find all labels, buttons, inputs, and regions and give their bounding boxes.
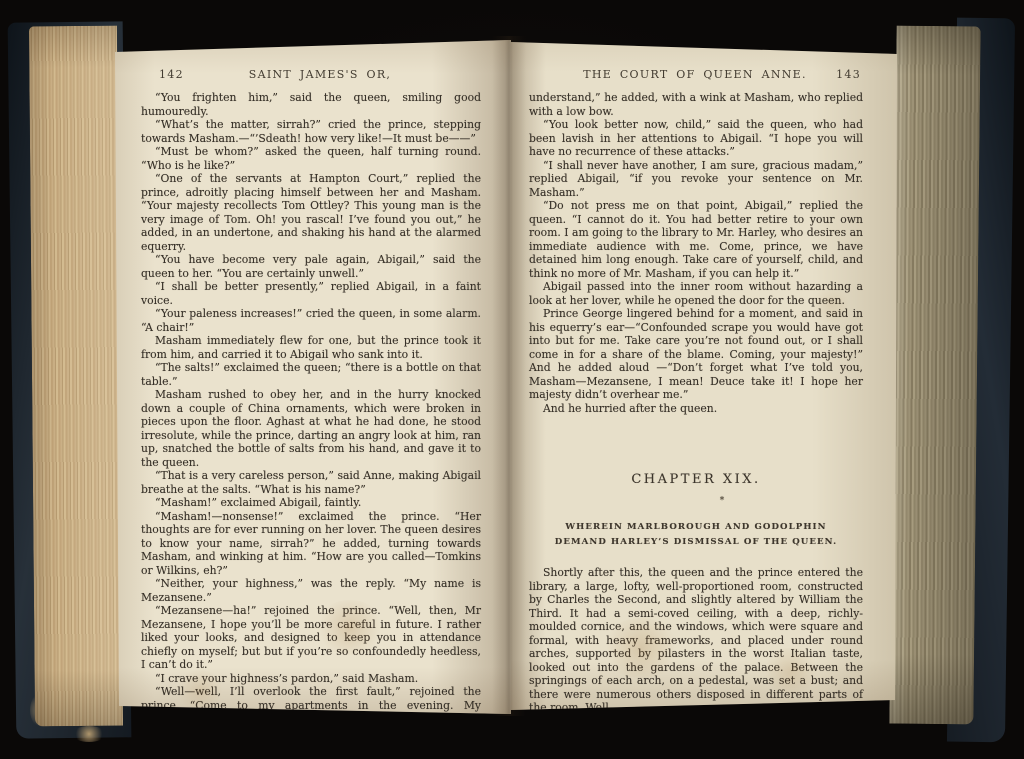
left-page-text: “You frighten him,” said the queen, smil…	[141, 91, 481, 726]
left-page-header: 142 SAINT JAMES'S OR,	[159, 68, 481, 81]
paragraph: Prince George lingered behind for a mome…	[529, 307, 863, 402]
paragraph: “I crave your highness’s pardon,” said M…	[141, 672, 481, 686]
chapter-subtitle: WHEREIN MARLBOROUGH AND GODOLPHIN DEMAND…	[543, 520, 849, 550]
cover-corner-wear	[72, 726, 106, 742]
paragraph: “Masham!—nonsense!” exclaimed the prince…	[141, 510, 481, 578]
paragraph: Masham rushed to obey her, and in the hu…	[141, 388, 481, 469]
paragraph: “Your paleness increases!” cried the que…	[141, 307, 481, 334]
chapter-heading: CHAPTER XIX.	[529, 473, 863, 487]
paragraph: “That is a very careless person,” said A…	[141, 469, 481, 496]
paragraph: “Mezansene—ha!” rejoined the prince. “We…	[141, 604, 481, 672]
page-edges-left	[29, 26, 123, 727]
left-running-title: SAINT JAMES'S OR,	[193, 68, 447, 81]
left-page: 142 SAINT JAMES'S OR, “You frighten him,…	[115, 40, 511, 714]
paragraph: Shortly after this, the queen and the pr…	[529, 566, 863, 715]
section-mark: *	[581, 495, 863, 509]
book-photo: 142 SAINT JAMES'S OR, “You frighten him,…	[0, 0, 1024, 759]
paragraph: “You look better now, child,” said the q…	[529, 118, 863, 159]
left-page-number: 142	[159, 68, 193, 81]
right-page-header: THE COURT OF QUEEN ANNE. 143	[529, 68, 861, 81]
paragraph: “Do not press me on that point, Abigail,…	[529, 199, 863, 280]
paragraph: “Well—well, I’ll overlook the first faul…	[141, 685, 481, 726]
paragraph: “One of the servants at Hampton Court,” …	[141, 172, 481, 253]
paragraph: “What’s the matter, sirrah?” cried the p…	[141, 118, 481, 145]
paragraph: Abigail passed into the inner room witho…	[529, 280, 863, 307]
paragraph: Masham immediately flew for one, but the…	[141, 334, 481, 361]
paragraph: “The salts!” exclaimed the queen; “there…	[141, 361, 481, 388]
paragraph: And he hurried after the queen.	[529, 402, 863, 416]
right-running-title: THE COURT OF QUEEN ANNE.	[563, 68, 827, 81]
right-page-number: 143	[827, 68, 861, 81]
right-page-text: understand,” he added, with a wink at Ma…	[529, 91, 863, 715]
paragraph: “Neither, your highness,” was the reply.…	[141, 577, 481, 604]
paragraph: understand,” he added, with a wink at Ma…	[529, 91, 863, 118]
paragraph: “Must be whom?” asked the queen, half tu…	[141, 145, 481, 172]
paragraph: “I shall be better presently,” replied A…	[141, 280, 481, 307]
paragraph: “Masham!” exclaimed Abigail, faintly.	[141, 496, 481, 510]
page-edges-right	[889, 26, 980, 725]
paragraph: “I shall never have another, I am sure, …	[529, 159, 863, 200]
paragraph: “You frighten him,” said the queen, smil…	[141, 91, 481, 118]
paragraph: “You have become very pale again, Abigai…	[141, 253, 481, 280]
right-page: THE COURT OF QUEEN ANNE. 143 understand,…	[511, 38, 897, 714]
